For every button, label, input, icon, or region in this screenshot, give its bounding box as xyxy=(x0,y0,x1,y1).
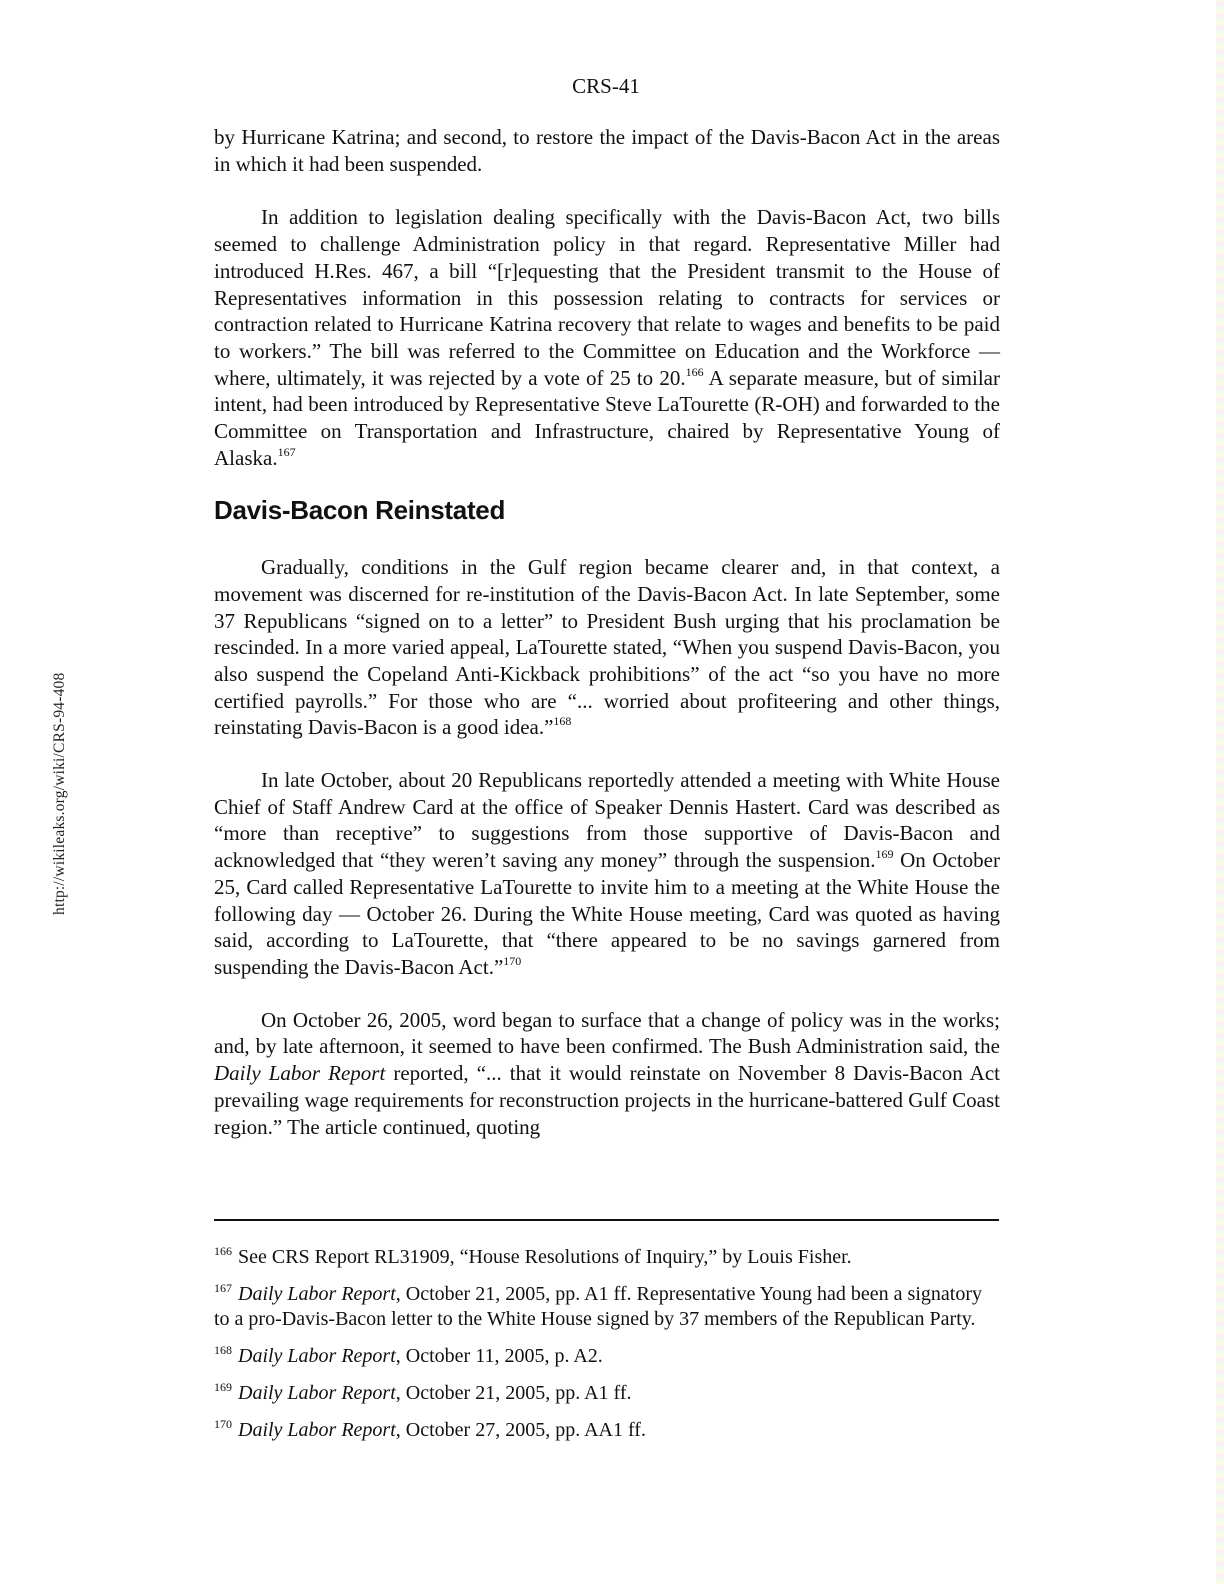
footnote-ref-168[interactable]: 168 xyxy=(553,714,571,728)
paragraph-late-october: In late October, about 20 Republicans re… xyxy=(214,767,1000,981)
paragraph-continuation: by Hurricane Katrina; and second, to res… xyxy=(214,124,1000,177)
footnote-167: 167Daily Labor Report, October 21, 2005,… xyxy=(214,1282,1000,1332)
footnote-divider xyxy=(214,1219,999,1221)
footnote-169: 169Daily Labor Report, October 21, 2005,… xyxy=(214,1381,1000,1406)
footnote-168: 168Daily Labor Report, October 11, 2005,… xyxy=(214,1344,1000,1369)
footnote-166: 166See CRS Report RL31909, “House Resolu… xyxy=(214,1245,1000,1270)
footnote-ref-167[interactable]: 167 xyxy=(278,445,296,459)
paragraph-october-26: On October 26, 2005, word began to surfa… xyxy=(214,1007,1000,1141)
footnote-170: 170Daily Labor Report, October 27, 2005,… xyxy=(214,1418,1000,1443)
footnote-ref-169[interactable]: 169 xyxy=(875,847,893,861)
page-header: CRS-41 xyxy=(0,74,1212,99)
scan-edge-artifact xyxy=(1216,0,1224,1584)
document-body: by Hurricane Katrina; and second, to res… xyxy=(214,124,1000,1166)
side-watermark-url: http://wikileaks.org/wiki/CRS-94-408 xyxy=(51,673,69,915)
footnote-ref-170[interactable]: 170 xyxy=(503,954,521,968)
publication-title: Daily Labor Report xyxy=(214,1061,385,1085)
footnotes: 166See CRS Report RL31909, “House Resolu… xyxy=(214,1245,1000,1455)
paragraph-gradually: Gradually, conditions in the Gulf region… xyxy=(214,554,1000,741)
section-heading: Davis-Bacon Reinstated xyxy=(214,497,1000,524)
paragraph-legislation: In addition to legislation dealing speci… xyxy=(214,204,1000,471)
footnote-ref-166[interactable]: 166 xyxy=(686,365,704,379)
